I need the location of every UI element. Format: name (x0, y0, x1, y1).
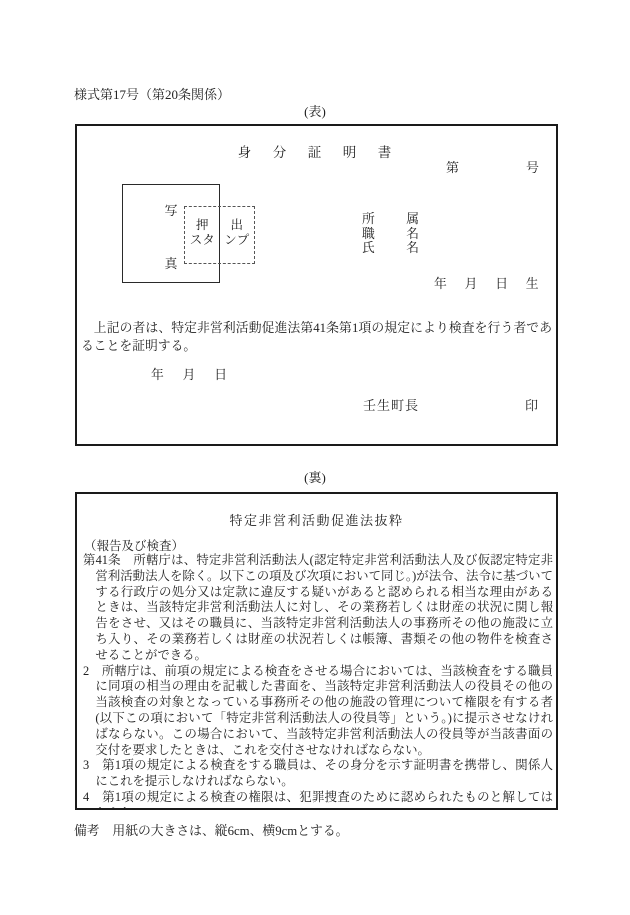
job-title-char-2: 名 (406, 227, 419, 242)
affiliation-field-label: 所 属 (362, 212, 419, 227)
paper-size-note: 備考 用紙の大きさは、縦6cm、横9cmとする。 (74, 820, 348, 839)
seal-mark: 印 (525, 395, 538, 414)
law-excerpt-title: 特定非営利活動促進法抜粋 (77, 510, 556, 529)
stamp-char-bottom-right: ンプ (220, 233, 255, 248)
stamp-char-top-right: 出 (220, 218, 255, 233)
certificate-number-line: 第 号 (446, 157, 539, 176)
affiliation-char-2: 属 (406, 212, 419, 227)
identity-fields: 所 属 職 名 氏 名 (362, 212, 419, 256)
certification-text: 上記の者は、特定非営利活動促進法第41条第1項の規定により検査を行う者であること… (81, 319, 552, 355)
back-side-marker: (裏) (0, 467, 630, 486)
issuer-name: 壬生町長 (363, 395, 419, 414)
name-char-1: 氏 (362, 241, 375, 256)
id-card-back: 特定非営利活動促進法抜粋 （報告及び検査） 第41条 所轄庁は、特定非営利活動法… (75, 492, 558, 810)
emboss-stamp-box: 押 出 スタ ンプ (184, 206, 255, 264)
stamp-row-bottom: スタ ンプ (185, 233, 254, 248)
job-title-field-label: 職 名 (362, 227, 419, 242)
article-41-paragraph-2: 2 所轄庁は、前項の規定による検査をさせる場合においては、当該検査をする職員に同… (83, 664, 553, 759)
name-char-2: 名 (406, 241, 419, 256)
law-articles: 第41条 所轄庁は、特定非営利活動法人(認定特定非営利活動法人及び仮認定特定非営… (83, 553, 553, 810)
certificate-number-prefix: 第 (446, 157, 459, 176)
id-card-front: 身 分 証 明 書 第 号 写 真 押 出 スタ ンプ 所 属 (75, 124, 558, 446)
document-page: 様式第17号（第20条関係） (表) 身 分 証 明 書 第 号 写 真 押 出… (0, 0, 630, 915)
article-41-paragraph-4: 4 第1項の規定による検査の権限は、犯罪捜査のために認められたものと解してはなら… (83, 790, 553, 810)
name-field-label: 氏 名 (362, 241, 419, 256)
article-41-paragraph-1: 第41条 所轄庁は、特定非営利活動法人(認定特定非営利活動法人及び仮認定特定非営… (83, 553, 553, 664)
article-41-paragraph-3: 3 第1項の規定による検査をする職員は、その身分を示す証明書を携帯し、関係人にこ… (83, 758, 553, 790)
section-heading: （報告及び検査） (84, 536, 184, 554)
birth-date-line: 年 月 日 生 (434, 273, 541, 292)
certificate-number-suffix: 号 (526, 157, 539, 176)
affiliation-char-1: 所 (362, 212, 375, 227)
issue-date-line: 年 月 日 (151, 364, 230, 383)
job-title-char-1: 職 (362, 227, 375, 242)
stamp-char-top-left: 押 (185, 218, 220, 233)
stamp-char-bottom-left: スタ (185, 233, 220, 248)
front-side-marker: (表) (0, 101, 630, 120)
stamp-row-top: 押 出 (185, 218, 254, 233)
